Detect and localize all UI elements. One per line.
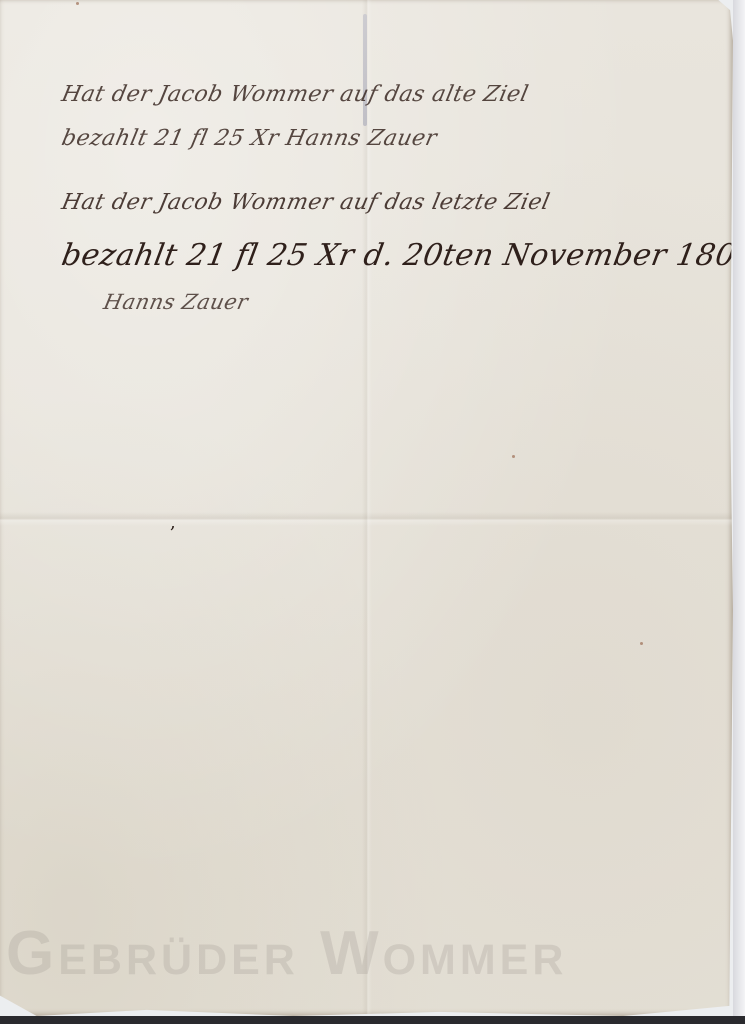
tear-mark <box>363 14 367 126</box>
paper-speck <box>76 2 79 5</box>
handwritten-line-2: bezahlt 21 fl 25 Xr Hanns Zauer <box>59 126 439 151</box>
scanner-background-right <box>733 0 745 1024</box>
handwritten-line-4: bezahlt 21 fl 25 Xr d. 20ten November 18… <box>59 238 745 273</box>
scanner-background-bottom <box>0 1016 745 1024</box>
handwritten-line-3: Hat der Jacob Wommer auf das letzte Ziel <box>59 190 552 215</box>
paper-speck <box>640 642 643 645</box>
document-scan: Hat der Jacob Wommer auf das alte Ziel b… <box>0 0 745 1024</box>
handwritten-signature: Hanns Zauer <box>101 290 250 314</box>
vertical-fold-line <box>362 0 372 1016</box>
watermark-text: Gebrüder Wommer <box>6 918 567 989</box>
paper-sheet: Hat der Jacob Wommer auf das alte Ziel b… <box>0 0 733 1016</box>
paper-speck <box>512 455 515 458</box>
handwritten-line-1: Hat der Jacob Wommer auf das alte Ziel <box>59 82 531 107</box>
ink-mark: , <box>170 512 176 533</box>
